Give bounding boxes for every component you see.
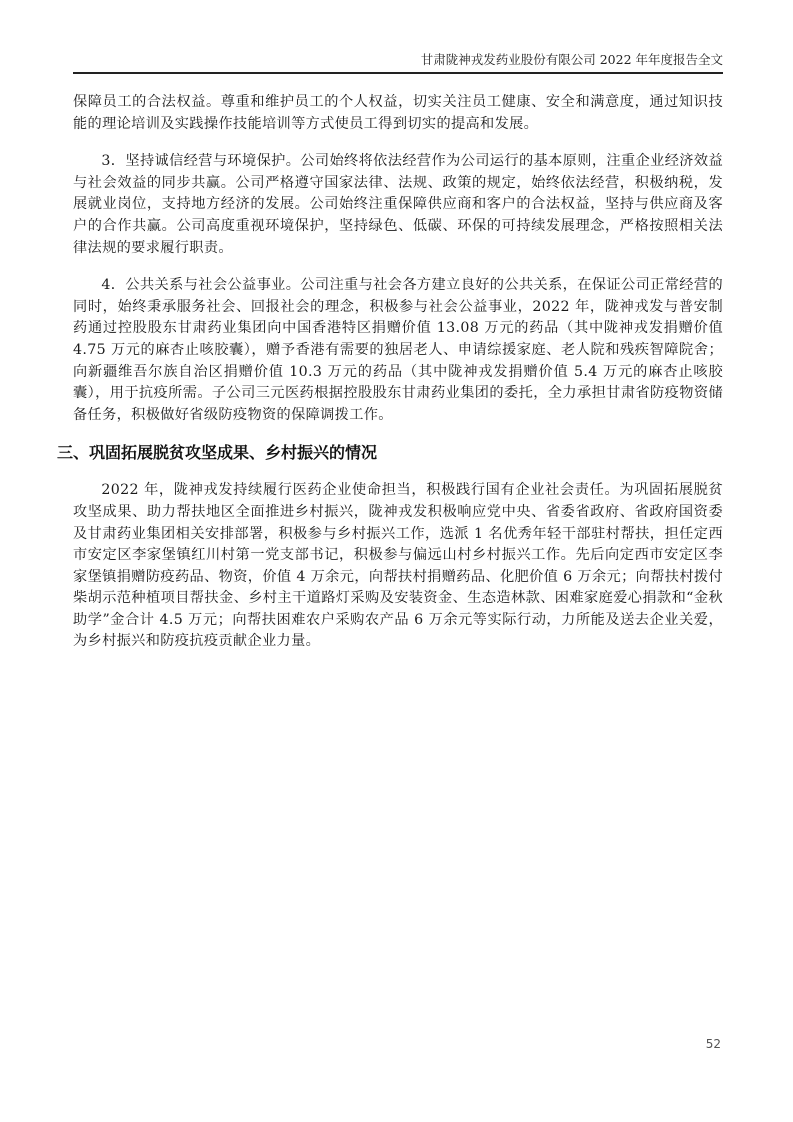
paragraph-employee-rights: 保障员工的合法权益。尊重和维护员工的个人权益，切实关注员工健康、安全和满意度，通… xyxy=(73,92,723,135)
running-header: 甘肃陇神戎发药业股份有限公司 2022 年年度报告全文 xyxy=(73,52,723,74)
paragraph-public-welfare: 4．公共关系与社会公益事业。公司注重与社会各方建立良好的公共关系，在保证公司正常… xyxy=(73,275,723,426)
header-title: 甘肃陇神戎发药业股份有限公司 2022 年年度报告全文 xyxy=(421,52,723,67)
page-number: 52 xyxy=(706,1037,721,1051)
paragraph-integrity-environment: 3．坚持诚信经营与环境保护。公司始终将依法经营作为公司运行的基本原则，注重企业经… xyxy=(73,151,723,259)
section-heading-rural-revitalization: 三、巩固拓展脱贫攻坚成果、乡村振兴的情况 xyxy=(57,442,723,464)
document-body: 保障员工的合法权益。尊重和维护员工的个人权益，切实关注员工健康、安全和满意度，通… xyxy=(73,92,723,669)
paragraph-rural-revitalization: 2022 年，陇神戎发持续履行医药企业使命担当，积极践行国有企业社会责任。为巩固… xyxy=(73,480,723,653)
